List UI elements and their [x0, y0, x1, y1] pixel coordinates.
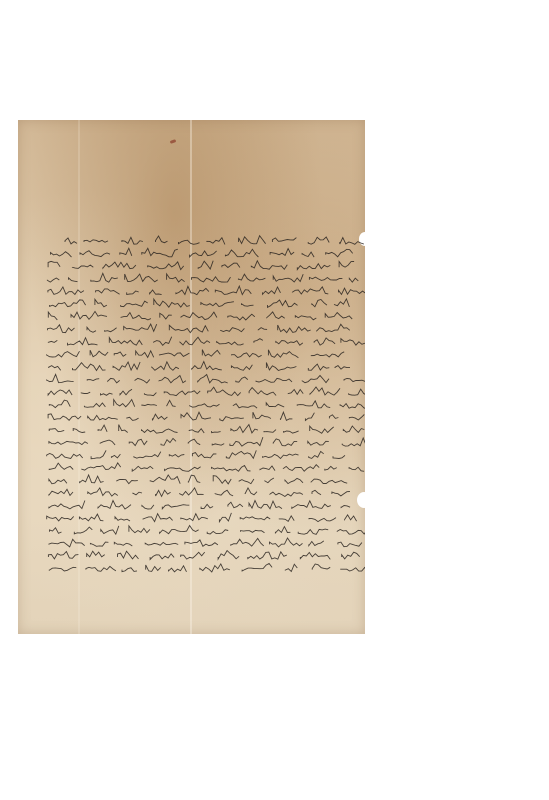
manuscript-page [18, 120, 365, 634]
handwritten-text [18, 120, 365, 634]
